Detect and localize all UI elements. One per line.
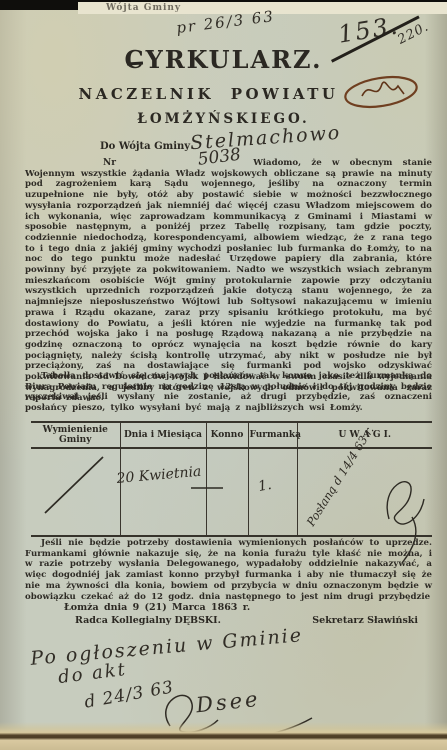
body-paragraph-3: Jeśli nie będzie potrzeby dostawienia wy… [25, 538, 432, 602]
table-header-date: Dnia i Miesiąca [120, 422, 206, 448]
document-page: Wójta Gminy pr 26/3 63 153. 220. CYRKULA… [0, 0, 447, 750]
document-number-label: Nr [103, 158, 116, 168]
page-bottom-edge [0, 722, 447, 750]
previous-page-text: Wójta Gminy [106, 3, 181, 13]
body-paragraph-1-text: Wiadomo, że w obecnym stanie Wojennym ws… [25, 158, 432, 403]
dateline: Łomża dnia 9 (21) Marca 1863 r. [64, 602, 250, 613]
schedule-table: Wymienienie Gminy Dnia i Miesiąca Konno … [31, 421, 432, 537]
table-header-furmanka: Furmanką [248, 422, 297, 448]
document-title: CYRKULARZ. [0, 45, 447, 74]
table-header-gmina: Wymienienie Gminy [31, 422, 120, 448]
handwritten-oval-mark [340, 72, 422, 112]
table-cell-date [120, 448, 206, 536]
table-cell-uwagi [297, 448, 432, 536]
signatory-left: Radca Kollegialny DĘBSKI. [75, 615, 221, 626]
handwritten-signature: Dsee [195, 687, 262, 718]
body-paragraph-2: Tabella dostawić się mających posłańców … [25, 371, 432, 414]
table-cell-gmina [31, 448, 120, 536]
signature-row: Radca Kollegialny DĘBSKI. Sekretarz Sław… [25, 615, 432, 626]
table-row [31, 448, 432, 536]
schedule-table-wrap: Wymienienie Gminy Dnia i Miesiąca Konno … [31, 421, 432, 537]
signatory-right: Sekretarz Sławiński [312, 615, 418, 626]
addressee-label: Do Wójta Gminy [100, 141, 190, 152]
issuer-line-2: ŁOMŻYŃSKIEGO. [0, 111, 447, 127]
body-paragraph-1: Nr5038Wiadomo, że w obecnym stanie Wojen… [25, 156, 432, 404]
page-left-fold [0, 10, 26, 724]
table-header-row: Wymienienie Gminy Dnia i Miesiąca Konno … [31, 422, 432, 448]
table-header-uwagi: U W A G I. [297, 422, 432, 448]
table-header-konno: Konno [206, 422, 248, 448]
handwritten-note-line-1: Po ogłoszeniu w Gminie [30, 624, 304, 670]
table-cell-konno [206, 448, 248, 536]
table-cell-furmanka [248, 448, 297, 536]
